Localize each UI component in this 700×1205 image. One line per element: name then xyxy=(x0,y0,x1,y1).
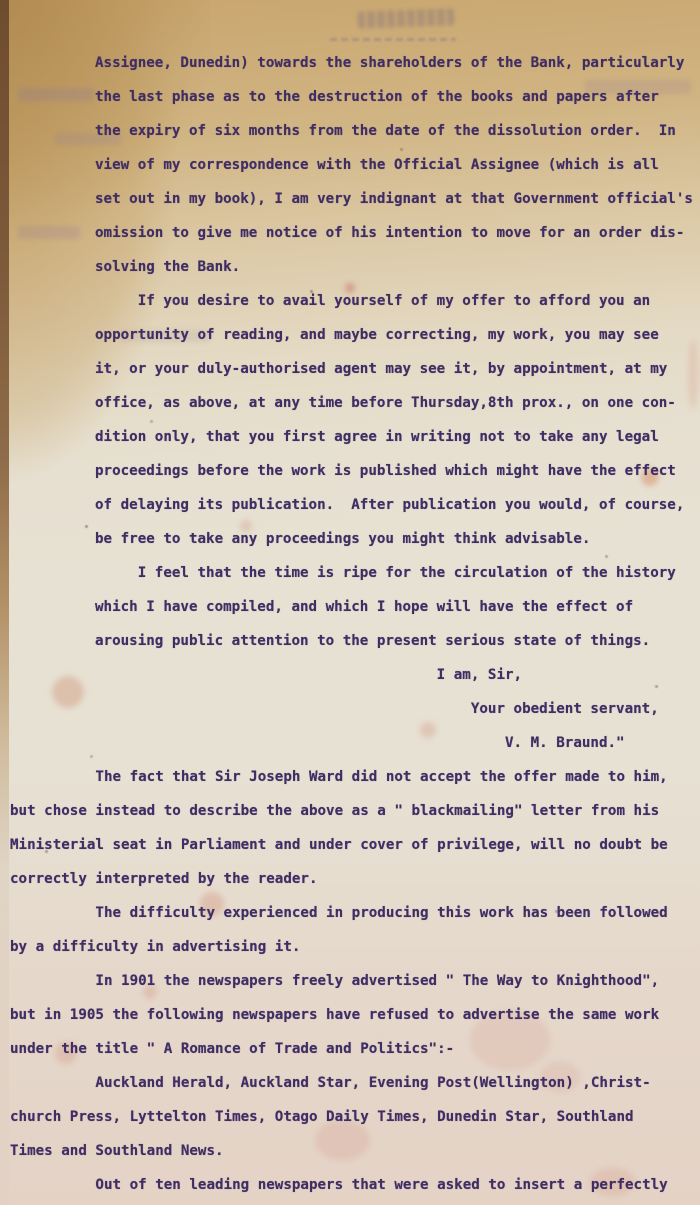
letter-signature-line: V. M. Braund." xyxy=(95,726,700,760)
commentary-line: correctly interpreted by the reader. xyxy=(10,862,700,896)
commentary-line: The difficulty experienced in producing … xyxy=(10,896,700,930)
letter-line: view of my correspondence with the Offic… xyxy=(95,148,700,182)
commentary-block: The fact that Sir Joseph Ward did not ac… xyxy=(10,760,700,1202)
quoted-letter-block: Assignee, Dunedin) towards the sharehold… xyxy=(95,46,700,760)
commentary-line: The fact that Sir Joseph Ward did not ac… xyxy=(10,760,700,794)
bleedthrough-dashed-underline xyxy=(330,38,456,41)
letter-line: opportunity of reading, and maybe correc… xyxy=(95,318,700,352)
commentary-line: but in 1905 the following newspapers hav… xyxy=(10,998,700,1032)
bleedthrough-smudge xyxy=(18,226,80,239)
commentary-line: Times and Southland News. xyxy=(10,1134,700,1168)
letter-closing-line: I am, Sir, xyxy=(95,658,700,692)
commentary-line: under the title " A Romance of Trade and… xyxy=(10,1032,700,1066)
paper-specks xyxy=(0,0,3,3)
page-left-edge xyxy=(0,0,9,1205)
letter-line: arousing public attention to the present… xyxy=(95,624,700,658)
letter-line: office, as above, at any time before Thu… xyxy=(95,386,700,420)
letter-line: the last phase as to the destruction of … xyxy=(95,80,700,114)
foxing-stain xyxy=(52,676,84,708)
letter-line: which I have compiled, and which I hope … xyxy=(95,590,700,624)
bleedthrough-smudge xyxy=(18,88,94,101)
letter-line: be free to take any proceedings you migh… xyxy=(95,522,700,556)
bleedthrough-word-mark xyxy=(358,8,455,28)
letter-line: Assignee, Dunedin) towards the sharehold… xyxy=(95,46,700,80)
commentary-line: Auckland Herald, Auckland Star, Evening … xyxy=(10,1066,700,1100)
letter-line: If you desire to avail yourself of my of… xyxy=(95,284,700,318)
letter-line: it, or your duly-authorised agent may se… xyxy=(95,352,700,386)
letter-line: proceedings before the work is published… xyxy=(95,454,700,488)
letter-line: set out in my book), I am very indignant… xyxy=(95,182,700,216)
commentary-line: but chose instead to describe the above … xyxy=(10,794,700,828)
commentary-line: In 1901 the newspapers freely advertised… xyxy=(10,964,700,998)
letter-line: I feel that the time is ripe for the cir… xyxy=(95,556,700,590)
letter-line: of delaying its publication. After publi… xyxy=(95,488,700,522)
letter-line: omission to give me notice of his intent… xyxy=(95,216,700,250)
commentary-line: by a difficulty in advertising it. xyxy=(10,930,700,964)
commentary-line: Out of ten leading newspapers that were … xyxy=(10,1168,700,1202)
letter-closing-line: Your obedient servant, xyxy=(95,692,700,726)
letter-line: solving the Bank. xyxy=(95,250,700,284)
commentary-line: Ministerial seat in Parliament and under… xyxy=(10,828,700,862)
document-page: Assignee, Dunedin) towards the sharehold… xyxy=(0,0,700,1205)
letter-line: the expiry of six months from the date o… xyxy=(95,114,700,148)
letter-line: dition only, that you first agree in wri… xyxy=(95,420,700,454)
commentary-line: church Press, Lyttelton Times, Otago Dai… xyxy=(10,1100,700,1134)
